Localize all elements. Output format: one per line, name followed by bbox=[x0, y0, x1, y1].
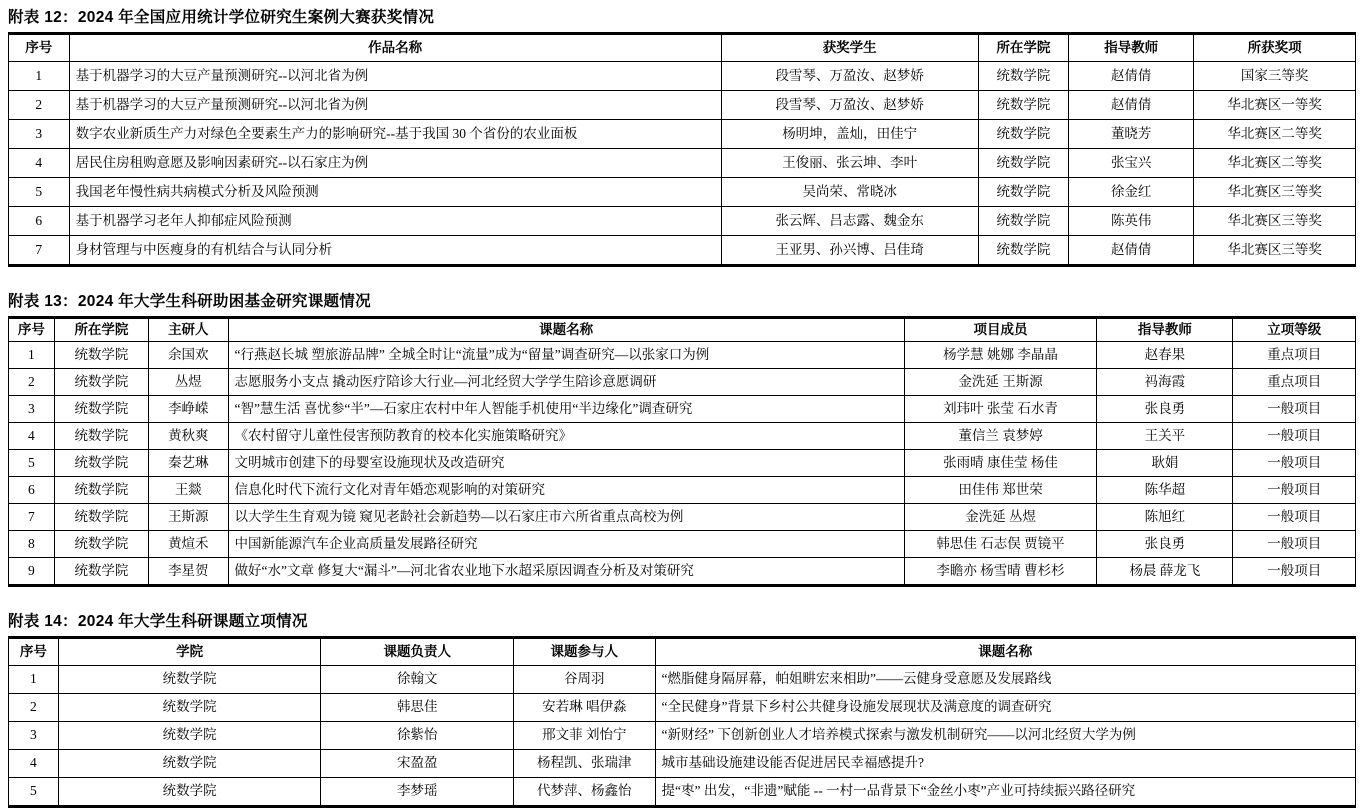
table-row: 4居民住房租购意愿及影响因素研究--以石家庄为例王俊丽、张云坤、李叶统数学院张宝… bbox=[9, 149, 1356, 178]
column-header: 课题参与人 bbox=[514, 638, 655, 666]
table-row: 1统数学院徐翰文谷周羽“燃脂健身隔屏幕，帕姐畊宏来相助”——云健身受意愿及发展路… bbox=[9, 666, 1356, 694]
table-cell: 王俊丽、张云坤、李叶 bbox=[721, 149, 978, 178]
table-cell: 4 bbox=[9, 750, 59, 778]
table-cell: 刘玮叶 张莹 石水青 bbox=[904, 396, 1097, 423]
table-cell: 以大学生生育观为镜 窥见老龄社会新趋势—以石家庄市六所省重点高校为例 bbox=[228, 504, 904, 531]
table-row: 5我国老年慢性病共病模式分析及风险预测吴尚荣、常晓冰统数学院徐金红华北赛区三等奖 bbox=[9, 178, 1356, 207]
table-cell: 3 bbox=[9, 722, 59, 750]
table-cell: 志愿服务小支点 撬动医疗陪诊大行业—河北经贸大学学生陪诊意愿调研 bbox=[228, 369, 904, 396]
column-header: 项目成员 bbox=[904, 318, 1097, 342]
table-cell: 统数学院 bbox=[58, 694, 321, 722]
appendix-table-12-section: 附表 12：2024 年全国应用统计学位研究生案例大赛获奖情况 序号作品名称获奖… bbox=[8, 5, 1356, 267]
column-header: 所在学院 bbox=[54, 318, 148, 342]
table-cell: 秦艺琳 bbox=[149, 450, 228, 477]
table-cell: 统数学院 bbox=[54, 504, 148, 531]
table-cell: 徐紫怡 bbox=[321, 722, 514, 750]
header-row: 序号作品名称获奖学生所在学院指导教师所获奖项 bbox=[9, 34, 1356, 62]
table-cell: 张良勇 bbox=[1097, 531, 1233, 558]
table-cell: 赵春果 bbox=[1097, 342, 1233, 369]
table-cell: “新财经” 下创新创业人才培养模式探索与激发机制研究——以河北经贸大学为例 bbox=[655, 722, 1355, 750]
table-cell: 数字农业新质生产力对绿色全要素生产力的影响研究--基于我国 30 个省份的农业面… bbox=[69, 120, 721, 149]
table-row: 6统数学院王燚信息化时代下流行文化对青年婚恋观影响的对策研究田佳伟 郑世荣陈华超… bbox=[9, 477, 1356, 504]
table-cell: 统数学院 bbox=[54, 558, 148, 586]
table-row: 1统数学院余国欢“行燕赵长城 塑旅游品牌” 全城全时让“流量”成为“留量”调查研… bbox=[9, 342, 1356, 369]
table-cell: 田佳伟 郑世荣 bbox=[904, 477, 1097, 504]
table-cell: “智”慧生活 喜忧参“半”—石家庄农村中年人智能手机使用“半边缘化”调查研究 bbox=[228, 396, 904, 423]
table-cell: 王亚男、孙兴博、吕佳琦 bbox=[721, 236, 978, 266]
column-header: 课题名称 bbox=[228, 318, 904, 342]
table-cell: 统数学院 bbox=[54, 423, 148, 450]
table-row: 1基于机器学习的大豆产量预测研究--以河北省为例段雪琴、万盈汝、赵梦娇统数学院赵… bbox=[9, 62, 1356, 91]
table-cell: 赵倩倩 bbox=[1069, 62, 1194, 91]
table-cell: 2 bbox=[9, 369, 55, 396]
table-cell: 4 bbox=[9, 149, 70, 178]
table-cell: 统数学院 bbox=[54, 450, 148, 477]
table-cell: 文明城市创建下的母婴室设施现状及改造研究 bbox=[228, 450, 904, 477]
table-cell: 统数学院 bbox=[978, 149, 1068, 178]
table-cell: 董信兰 袁梦婷 bbox=[904, 423, 1097, 450]
table-cell: “燃脂健身隔屏幕，帕姐畊宏来相助”——云健身受意愿及发展路线 bbox=[655, 666, 1355, 694]
table-row: 7统数学院王斯源以大学生生育观为镜 窥见老龄社会新趋势—以石家庄市六所省重点高校… bbox=[9, 504, 1356, 531]
column-header: 所获奖项 bbox=[1194, 34, 1356, 62]
header-row: 序号学院课题负责人课题参与人课题名称 bbox=[9, 638, 1356, 666]
table-cell: 做好“水”文章 修复大“漏斗”—河北省农业地下水超采原因调查分析及对策研究 bbox=[228, 558, 904, 586]
appendix-table-14-section: 附表 14：2024 年大学生科研课题立项情况 序号学院课题负责人课题参与人课题… bbox=[8, 609, 1356, 808]
column-header: 作品名称 bbox=[69, 34, 721, 62]
table-cell: 华北赛区三等奖 bbox=[1194, 236, 1356, 266]
table-row: 2统数学院丛煜志愿服务小支点 撬动医疗陪诊大行业—河北经贸大学学生陪诊意愿调研金… bbox=[9, 369, 1356, 396]
table-cell: 韩思佳 石志俣 贾镜平 bbox=[904, 531, 1097, 558]
table-row: 7身材管理与中医瘦身的有机结合与认同分析王亚男、孙兴博、吕佳琦统数学院赵倩倩华北… bbox=[9, 236, 1356, 266]
table-cell: 《农村留守儿童性侵害预防教育的校本化实施策略研究》 bbox=[228, 423, 904, 450]
table-cell: 2 bbox=[9, 91, 70, 120]
table-cell: 统数学院 bbox=[58, 750, 321, 778]
table-cell: 华北赛区三等奖 bbox=[1194, 207, 1356, 236]
table-cell: 一般项目 bbox=[1233, 423, 1356, 450]
table-cell: 杨晨 薛龙飞 bbox=[1097, 558, 1233, 586]
table-cell: 重点项目 bbox=[1233, 342, 1356, 369]
table-cell: 统数学院 bbox=[54, 342, 148, 369]
table-cell: 段雪琴、万盈汝、赵梦娇 bbox=[721, 62, 978, 91]
table-cell: 余国欢 bbox=[149, 342, 228, 369]
table-cell: 居民住房租购意愿及影响因素研究--以石家庄为例 bbox=[69, 149, 721, 178]
table-cell: 李星贺 bbox=[149, 558, 228, 586]
table-cell: 统数学院 bbox=[978, 178, 1068, 207]
table-cell: 张宝兴 bbox=[1069, 149, 1194, 178]
table-cell: 杨明坤，盖灿，田佳宁 bbox=[721, 120, 978, 149]
appendix-table-13-section: 附表 13：2024 年大学生科研助困基金研究课题情况 序号所在学院主研人课题名… bbox=[8, 289, 1356, 587]
table-cell: 统数学院 bbox=[58, 666, 321, 694]
column-header: 获奖学生 bbox=[721, 34, 978, 62]
column-header: 序号 bbox=[9, 638, 59, 666]
table-cell: 徐翰文 bbox=[321, 666, 514, 694]
table-cell: 一般项目 bbox=[1233, 396, 1356, 423]
table-cell: 张雨晴 康佳莹 杨佳 bbox=[904, 450, 1097, 477]
table-cell: 李瞻亦 杨雪晴 曹杉杉 bbox=[904, 558, 1097, 586]
appendix-table-12: 序号作品名称获奖学生所在学院指导教师所获奖项1基于机器学习的大豆产量预测研究--… bbox=[8, 32, 1356, 267]
table-cell: 城市基础设施建设能否促进居民幸福感提升? bbox=[655, 750, 1355, 778]
table-cell: 6 bbox=[9, 207, 70, 236]
table-cell: 耿娟 bbox=[1097, 450, 1233, 477]
table-cell: 杨学慧 姚娜 李晶晶 bbox=[904, 342, 1097, 369]
table-row: 2统数学院韩思佳安若琳 唱伊淼“全民健身”背景下乡村公共健身设施发展现状及满意度… bbox=[9, 694, 1356, 722]
table-cell: 王关平 bbox=[1097, 423, 1233, 450]
table-cell: 统数学院 bbox=[54, 531, 148, 558]
table-cell: 金洗延 王斯源 bbox=[904, 369, 1097, 396]
table-row: 5统数学院李梦瑶代梦萍、杨鑫怡提“枣” 出发，“非遗”赋能 -- 一村一品背景下… bbox=[9, 778, 1356, 807]
table-cell: 黄秋爽 bbox=[149, 423, 228, 450]
table-cell: 张良勇 bbox=[1097, 396, 1233, 423]
table-cell: 陈旭红 bbox=[1097, 504, 1233, 531]
table-cell: 基于机器学习的大豆产量预测研究--以河北省为例 bbox=[69, 62, 721, 91]
table-cell: 邢文菲 刘怡宁 bbox=[514, 722, 655, 750]
table-cell: 一般项目 bbox=[1233, 558, 1356, 586]
table-cell: 王燚 bbox=[149, 477, 228, 504]
table-cell: 一般项目 bbox=[1233, 504, 1356, 531]
table-row: 6基于机器学习老年人抑郁症风险预测张云辉、吕志露、魏金东统数学院陈英伟华北赛区三… bbox=[9, 207, 1356, 236]
table-cell: 身材管理与中医瘦身的有机结合与认同分析 bbox=[69, 236, 721, 266]
table-cell: 统数学院 bbox=[978, 62, 1068, 91]
table-cell: 统数学院 bbox=[978, 120, 1068, 149]
table-cell: 基于机器学习的大豆产量预测研究--以河北省为例 bbox=[69, 91, 721, 120]
table-cell: 我国老年慢性病共病模式分析及风险预测 bbox=[69, 178, 721, 207]
table-cell: 安若琳 唱伊淼 bbox=[514, 694, 655, 722]
table-cell: 华北赛区二等奖 bbox=[1194, 120, 1356, 149]
table-cell: 黄煊禾 bbox=[149, 531, 228, 558]
column-header: 立项等级 bbox=[1233, 318, 1356, 342]
table-cell: 祃海霞 bbox=[1097, 369, 1233, 396]
column-header: 指导教师 bbox=[1097, 318, 1233, 342]
table-cell: 一般项目 bbox=[1233, 477, 1356, 504]
column-header: 课题名称 bbox=[655, 638, 1355, 666]
table-row: 3统数学院徐紫怡邢文菲 刘怡宁“新财经” 下创新创业人才培养模式探索与激发机制研… bbox=[9, 722, 1356, 750]
table-cell: 陈英伟 bbox=[1069, 207, 1194, 236]
appendix-table-12-title: 附表 12：2024 年全国应用统计学位研究生案例大赛获奖情况 bbox=[8, 5, 1356, 27]
header-row: 序号所在学院主研人课题名称项目成员指导教师立项等级 bbox=[9, 318, 1356, 342]
table-cell: 统数学院 bbox=[54, 369, 148, 396]
table-cell: 中国新能源汽车企业高质量发展路径研究 bbox=[228, 531, 904, 558]
table-cell: 7 bbox=[9, 236, 70, 266]
table-cell: 统数学院 bbox=[54, 396, 148, 423]
table-cell: 基于机器学习老年人抑郁症风险预测 bbox=[69, 207, 721, 236]
table-cell: 华北赛区三等奖 bbox=[1194, 178, 1356, 207]
table-cell: 赵倩倩 bbox=[1069, 91, 1194, 120]
appendix-table-14-title: 附表 14：2024 年大学生科研课题立项情况 bbox=[8, 609, 1356, 631]
table-cell: 统数学院 bbox=[58, 778, 321, 807]
table-cell: 丛煜 bbox=[149, 369, 228, 396]
table-cell: 代梦萍、杨鑫怡 bbox=[514, 778, 655, 807]
table-row: 8统数学院黄煊禾中国新能源汽车企业高质量发展路径研究韩思佳 石志俣 贾镜平张良勇… bbox=[9, 531, 1356, 558]
table-row: 4统数学院黄秋爽《农村留守儿童性侵害预防教育的校本化实施策略研究》董信兰 袁梦婷… bbox=[9, 423, 1356, 450]
table-cell: 统数学院 bbox=[978, 207, 1068, 236]
appendix-table-13: 序号所在学院主研人课题名称项目成员指导教师立项等级1统数学院余国欢“行燕赵长城 … bbox=[8, 316, 1356, 587]
table-cell: 一般项目 bbox=[1233, 531, 1356, 558]
table-cell: 1 bbox=[9, 666, 59, 694]
column-header: 课题负责人 bbox=[321, 638, 514, 666]
table-cell: 3 bbox=[9, 120, 70, 149]
table-cell: 重点项目 bbox=[1233, 369, 1356, 396]
table-cell: 8 bbox=[9, 531, 55, 558]
table-cell: 5 bbox=[9, 778, 59, 807]
table-cell: 9 bbox=[9, 558, 55, 586]
column-header: 指导教师 bbox=[1069, 34, 1194, 62]
table-cell: 信息化时代下流行文化对青年婚恋观影响的对策研究 bbox=[228, 477, 904, 504]
table-cell: 杨程凯、张瑞津 bbox=[514, 750, 655, 778]
table-row: 2基于机器学习的大豆产量预测研究--以河北省为例段雪琴、万盈汝、赵梦娇统数学院赵… bbox=[9, 91, 1356, 120]
table-cell: 董晓芳 bbox=[1069, 120, 1194, 149]
table-cell: 3 bbox=[9, 396, 55, 423]
table-cell: 6 bbox=[9, 477, 55, 504]
table-cell: 韩思佳 bbox=[321, 694, 514, 722]
column-header: 所在学院 bbox=[978, 34, 1068, 62]
table-cell: 2 bbox=[9, 694, 59, 722]
table-cell: 段雪琴、万盈汝、赵梦娇 bbox=[721, 91, 978, 120]
table-cell: 1 bbox=[9, 342, 55, 369]
document-page: 附表 12：2024 年全国应用统计学位研究生案例大赛获奖情况 序号作品名称获奖… bbox=[0, 0, 1364, 810]
table-cell: 张云辉、吕志露、魏金东 bbox=[721, 207, 978, 236]
table-row: 3数字农业新质生产力对绿色全要素生产力的影响研究--基于我国 30 个省份的农业… bbox=[9, 120, 1356, 149]
table-cell: 王斯源 bbox=[149, 504, 228, 531]
table-cell: 统数学院 bbox=[54, 477, 148, 504]
table-cell: 华北赛区二等奖 bbox=[1194, 149, 1356, 178]
column-header: 序号 bbox=[9, 318, 55, 342]
table-cell: 7 bbox=[9, 504, 55, 531]
appendix-table-13-title: 附表 13：2024 年大学生科研助困基金研究课题情况 bbox=[8, 289, 1356, 311]
appendix-table-14: 序号学院课题负责人课题参与人课题名称1统数学院徐翰文谷周羽“燃脂健身隔屏幕，帕姐… bbox=[8, 636, 1356, 808]
table-cell: 徐金红 bbox=[1069, 178, 1194, 207]
column-header: 主研人 bbox=[149, 318, 228, 342]
table-cell: 宋盈盈 bbox=[321, 750, 514, 778]
table-cell: 国家三等奖 bbox=[1194, 62, 1356, 91]
table-row: 3统数学院李峥嵘“智”慧生活 喜忧参“半”—石家庄农村中年人智能手机使用“半边缘… bbox=[9, 396, 1356, 423]
table-cell: 提“枣” 出发，“非遗”赋能 -- 一村一品背景下“金丝小枣”产业可持续振兴路径… bbox=[655, 778, 1355, 807]
table-row: 4统数学院宋盈盈杨程凯、张瑞津城市基础设施建设能否促进居民幸福感提升? bbox=[9, 750, 1356, 778]
table-cell: 统数学院 bbox=[58, 722, 321, 750]
column-header: 序号 bbox=[9, 34, 70, 62]
table-cell: 谷周羽 bbox=[514, 666, 655, 694]
table-cell: 赵倩倩 bbox=[1069, 236, 1194, 266]
table-cell: 4 bbox=[9, 423, 55, 450]
table-cell: 李峥嵘 bbox=[149, 396, 228, 423]
table-cell: 5 bbox=[9, 450, 55, 477]
table-cell: 吴尚荣、常晓冰 bbox=[721, 178, 978, 207]
table-cell: 统数学院 bbox=[978, 91, 1068, 120]
table-cell: 华北赛区一等奖 bbox=[1194, 91, 1356, 120]
table-cell: “全民健身”背景下乡村公共健身设施发展现状及满意度的调查研究 bbox=[655, 694, 1355, 722]
table-row: 5统数学院秦艺琳文明城市创建下的母婴室设施现状及改造研究张雨晴 康佳莹 杨佳耿娟… bbox=[9, 450, 1356, 477]
table-cell: “行燕赵长城 塑旅游品牌” 全城全时让“流量”成为“留量”调查研究—以张家口为例 bbox=[228, 342, 904, 369]
table-cell: 陈华超 bbox=[1097, 477, 1233, 504]
table-cell: 1 bbox=[9, 62, 70, 91]
table-cell: 一般项目 bbox=[1233, 450, 1356, 477]
table-cell: 李梦瑶 bbox=[321, 778, 514, 807]
table-cell: 5 bbox=[9, 178, 70, 207]
column-header: 学院 bbox=[58, 638, 321, 666]
table-cell: 金洗延 丛煜 bbox=[904, 504, 1097, 531]
table-cell: 统数学院 bbox=[978, 236, 1068, 266]
table-row: 9统数学院李星贺做好“水”文章 修复大“漏斗”—河北省农业地下水超采原因调查分析… bbox=[9, 558, 1356, 586]
